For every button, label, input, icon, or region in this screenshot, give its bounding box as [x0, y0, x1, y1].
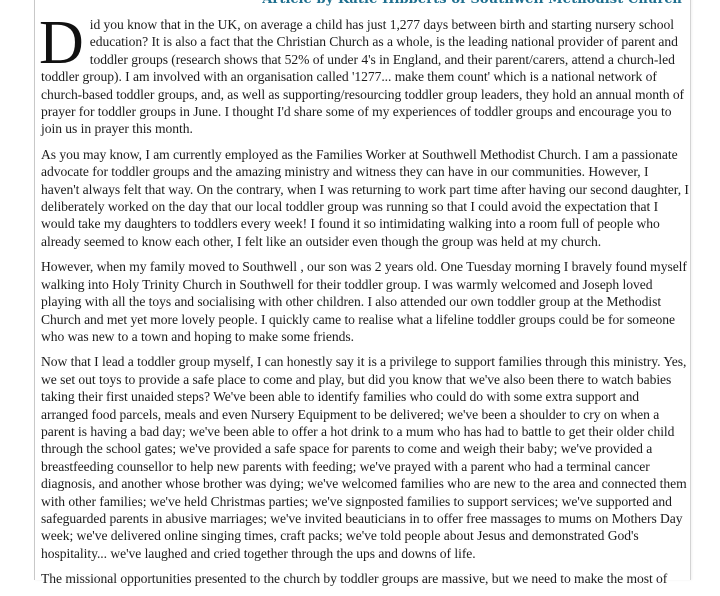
document-page: Article by Katie Hibberts of Southwell M…: [34, 0, 691, 540]
paragraph-leading-toddler-group: Now that I lead a toddler group myself, …: [41, 353, 689, 540]
paragraph-families-worker: As you may know, I am currently employed…: [41, 146, 689, 250]
article-body: Did you know that in the UK, on average …: [41, 16, 689, 540]
article-byline: Article by Katie Hibberts of Southwell M…: [262, 0, 682, 7]
paragraph-moving-to-southwell: However, when my family moved to Southwe…: [41, 258, 689, 345]
paragraph-intro: Did you know that in the UK, on average …: [41, 16, 689, 138]
drop-cap: D: [39, 19, 84, 65]
paragraph-text: id you know that in the UK, on average a…: [41, 17, 684, 136]
